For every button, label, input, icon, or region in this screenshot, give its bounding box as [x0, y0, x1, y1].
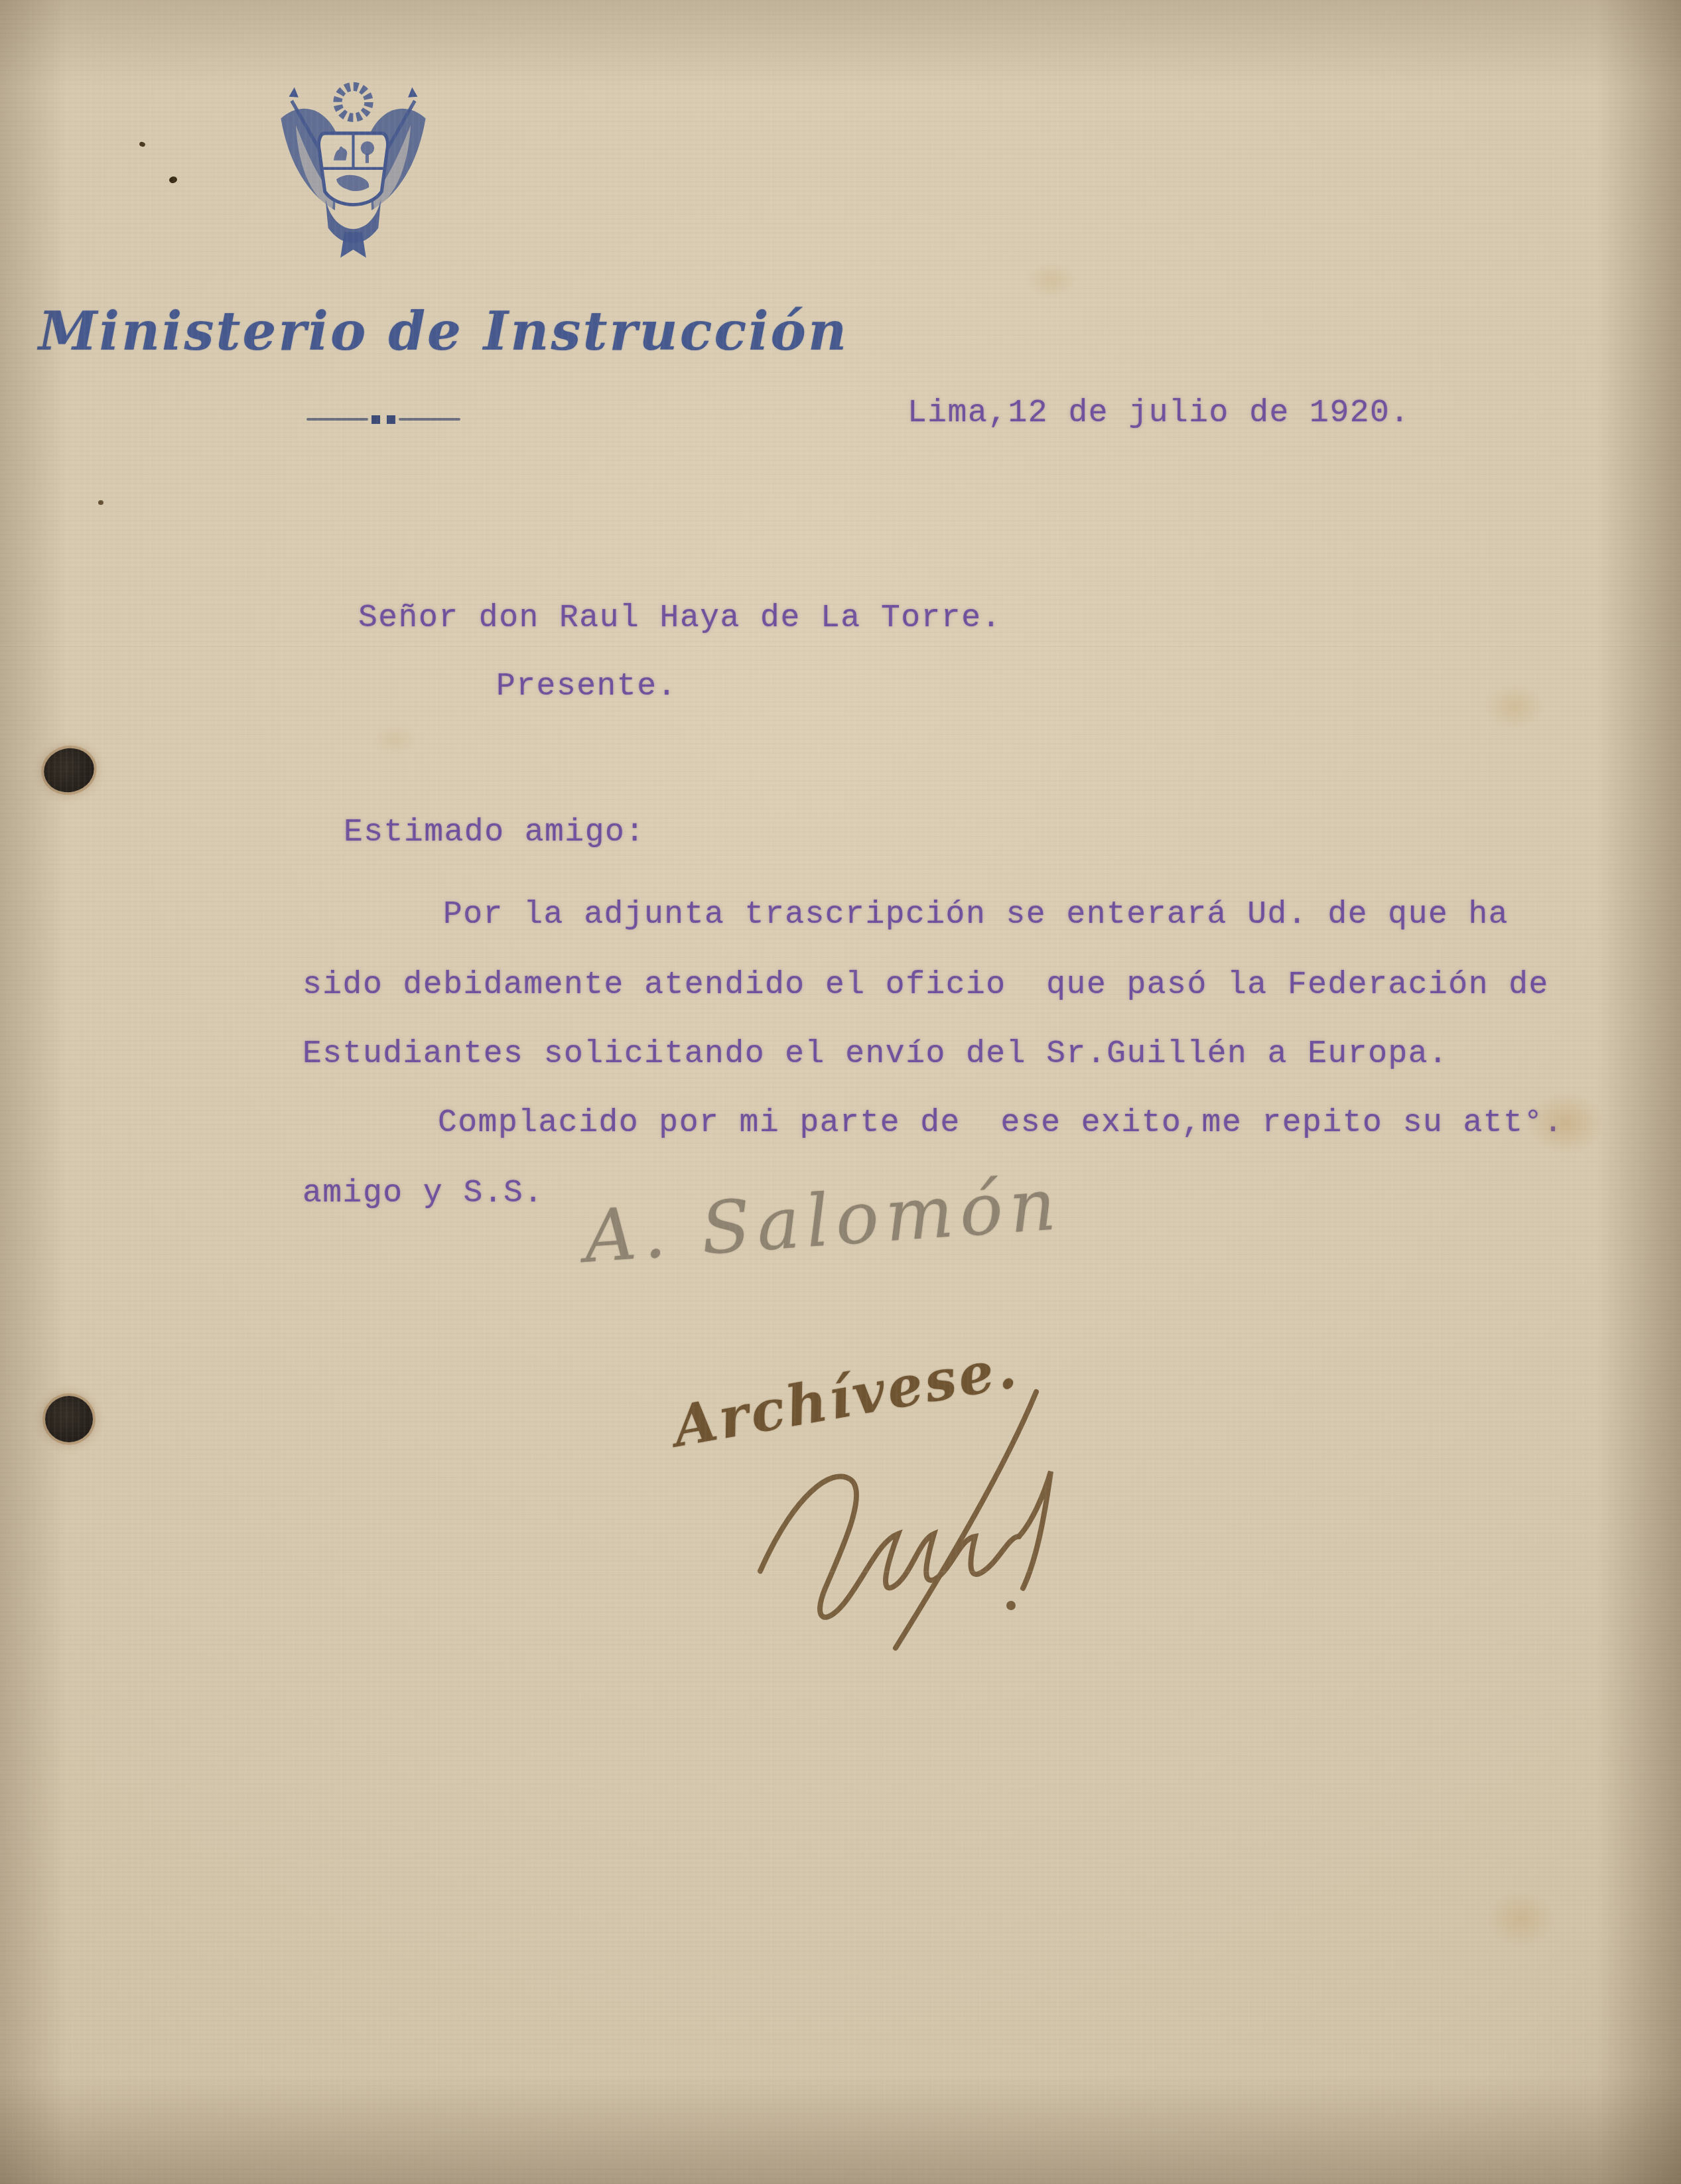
rubric-signature-flourish-icon — [730, 1367, 1114, 1652]
paper-crease — [0, 645, 1681, 647]
body-line: Complacido por mi parte de ese exito,me … — [438, 1105, 1564, 1141]
body-line: sido debidamente atendido el oficio que … — [303, 967, 1549, 1003]
dateline: Lima,12 de julio de 1920. — [908, 395, 1410, 431]
peru-coat-of-arms-icon — [269, 76, 438, 269]
paper-speck — [168, 176, 178, 184]
letterhead-flourish-rule — [306, 414, 460, 425]
paper-speck — [98, 500, 103, 505]
foxing-stain — [1486, 1891, 1556, 1947]
letter-page: Ministerio de Instrucción Lima,12 de jul… — [0, 0, 1681, 2184]
body-line: Estudiantes solicitando el envío del Sr.… — [303, 1036, 1448, 1072]
body-line: Por la adjunta trascripción se enterará … — [443, 897, 1509, 933]
salutation: Estimado amigo: — [344, 815, 645, 851]
foxing-stain — [371, 723, 418, 756]
foxing-stain — [1025, 262, 1078, 299]
recipient-name-line: Señor don Raul Haya de La Torre. — [358, 600, 1002, 636]
recipient-presente-line: Presente. — [496, 669, 677, 705]
paper-speck — [139, 141, 146, 148]
punch-hole — [45, 1396, 93, 1442]
ministry-letterhead: Ministerio de Instrucción — [38, 300, 848, 362]
pencil-signature: A. Salomón — [582, 1163, 1065, 1279]
punch-hole — [40, 744, 98, 797]
foxing-stain — [1483, 683, 1546, 730]
body-line: amigo y S.S. — [303, 1176, 544, 1211]
